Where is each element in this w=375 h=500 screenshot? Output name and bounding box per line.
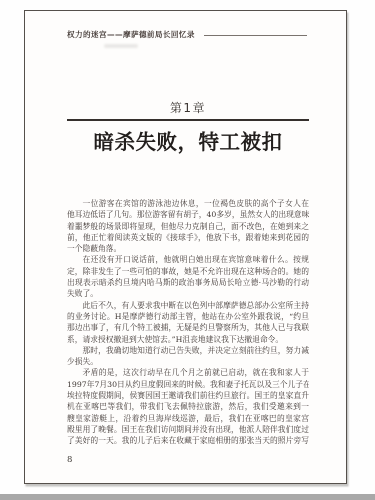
text-line: 的业务讨论。H是摩萨德行动部主管，他站在办公室外跟我说，“约旦 [67,311,309,322]
running-header-book-title: 权力的迷宫——摩萨德前局长回忆录 [67,29,195,40]
text-line: 殿里用了晚餐。国王在我们访问期间并没有出现，他派人陪伴我们度过 [67,424,309,435]
running-header: 权力的迷宫——摩萨德前局长回忆录 [67,29,307,40]
text-line: 那边出事了，有几个特工被捕，无疑是约旦警察所为，其他人已与我联 [67,322,309,333]
text-line: 前，他正忙着阅读英文版的《接球手》，他放下书，跟着她来到花园的 [67,232,309,243]
text-line: 系，请求授权撤退到大使馆去。”H沮丧地建议我下达撤退命令。 [67,334,309,345]
text-line: 那时，我确切地知道行动已告失败，并决定立刻前往约旦，努力减 [67,345,309,356]
paragraph: 矛盾的是，这次行动早在几个月之前就已启动，就在我和家人于 1997年7月30日从… [67,367,309,446]
paragraph: 一位游客在宾馆的游泳池边休息，一位褐色皮肤的高个子女人在 他耳边低语了几句。那位… [67,198,309,254]
chapter-number: 第1章 [67,99,309,116]
text-line: 了美好的一天。我的儿子后来在收藏于家庭相册的那张当天的照片旁写 [67,435,309,446]
text-line: 1997年7月30日从约旦度假回来的时候。我和妻子托瓦以及三个儿子在 [67,379,309,390]
text-line: 少损失。 [67,356,309,367]
text-line: 在还没有开口说话前，他就明白她出现在宾馆意味着什么。按规 [67,254,309,265]
text-line: 失败了。 [67,288,309,299]
text-line: 一位游客在宾馆的游泳池边休息，一位褐色皮肤的高个子女人在 [67,198,309,209]
chapter-rule [67,119,309,121]
text-line: 机在亚喀巴等我们，带我们飞去佩特拉旅游，然后，我们受邀来到一 [67,401,309,412]
body-text: 一位游客在宾馆的游泳池边休息，一位褐色皮肤的高个子女人在 他耳边低语了几句。那位… [67,198,309,447]
page-number: 8 [67,455,72,465]
text-line: 着噩梦般的场景即将显现，但他尽力克制自己，面不改色，在她到来之 [67,221,309,232]
scanned-book-page: 权力的迷宫——摩萨德前局长回忆录 第1章 暗杀失败，特工被扣 一位游客在宾馆的游… [0,0,375,500]
paragraph: 在还没有开口说话前，他就明白她出现在宾馆意味着什么。按规 定，除非发生了一些可怕… [67,254,309,299]
desk-background-strip [0,494,375,500]
text-line: 矛盾的是，这次行动早在几个月之前就已启动，就在我和家人于 [67,367,309,378]
text-line: 此后不久，有人要求我中断在以色列中部摩萨德总部办公室所主持 [67,300,309,311]
text-line: 定，除非发生了一些可怕的事故，她是不允许出现在这种场合的。她的 [67,266,309,277]
text-line: 艘皇家游艇上，沿着约旦海岸线巡游，最后，我们在亚喀巴的皇家宫 [67,413,309,424]
text-line: 出现表示暗杀约旦境内哈马斯的政治事务局局长哈立德·马沙勒的行动 [67,277,309,288]
text-line: 一个隐蔽角落。 [67,243,309,254]
chapter-title: 暗杀失败，特工被扣 [44,125,332,155]
running-header-rule [204,35,307,36]
paragraph: 此后不久，有人要求我中断在以色列中部摩萨德总部办公室所主持 的业务讨论。H是摩萨… [67,300,309,345]
paragraph: 那时，我确切地知道行动已告失败，并决定立刻前往约旦，努力减 少损失。 [67,345,309,368]
text-line: 埃拉特度假期间，侯赛因国王邀请我们前往约旦旅行。国王的皇家直升 [67,390,309,401]
text-line: 他耳边低语了几句。那位游客留有胡子，40多岁，虽然女人的出现意味 [67,209,309,220]
ink-smudge [104,44,138,48]
